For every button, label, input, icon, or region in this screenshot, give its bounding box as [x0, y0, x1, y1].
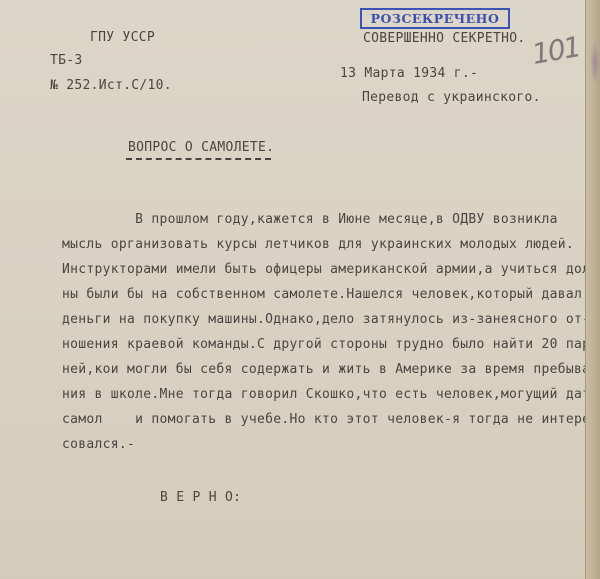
stamp-fragment-icon — [590, 40, 600, 85]
document-date: 13 Марта 1934 г.- — [340, 66, 478, 81]
declassified-stamp: РОЗСЕКРЕЧЕНО — [360, 8, 510, 29]
title-underline — [126, 158, 271, 160]
body-line: Инструкторами имели быть офицеры америка… — [62, 262, 600, 277]
body-line: ны были бы на собственном самолете.Нашел… — [62, 287, 582, 302]
body-line: ношения краевой команды.С другой стороны… — [62, 337, 598, 352]
body-line: мысль организовать курсы летчиков для ук… — [62, 237, 574, 252]
classification-label: СОВЕРШЕННО СЕКРЕТНО. — [363, 31, 526, 46]
paper-edge — [585, 0, 600, 579]
body-line: самол и помогать в учебе.Но кто этот чел… — [62, 412, 598, 427]
certification-label: В Е Р Н О: — [160, 490, 241, 505]
body-line: ней,кои могли бы себя содержать и жить в… — [62, 362, 598, 377]
org-header: ГПУ УССР — [90, 30, 155, 45]
handwritten-folio-number: 101 — [529, 30, 581, 71]
body-line: ния в школе.Мне тогда говорил Скошко,что… — [62, 387, 598, 402]
body-line: В прошлом году,кажется в Июне месяце,в О… — [62, 212, 558, 227]
reference-number: № 252.Ист.С/10. — [50, 78, 172, 93]
translation-note: Перевод с украинского. — [362, 90, 541, 105]
document-page: ГПУ УССР ТБ-3 № 252.Ист.С/10. РОЗСЕКРЕЧЕ… — [0, 0, 588, 579]
body-line: совался.- — [62, 437, 135, 452]
body-line: деньги на покупку машины.Однако,дело зат… — [62, 312, 590, 327]
document-title: ВОПРОС О САМОЛЕТЕ. — [128, 140, 274, 155]
department-code: ТБ-3 — [50, 53, 83, 68]
